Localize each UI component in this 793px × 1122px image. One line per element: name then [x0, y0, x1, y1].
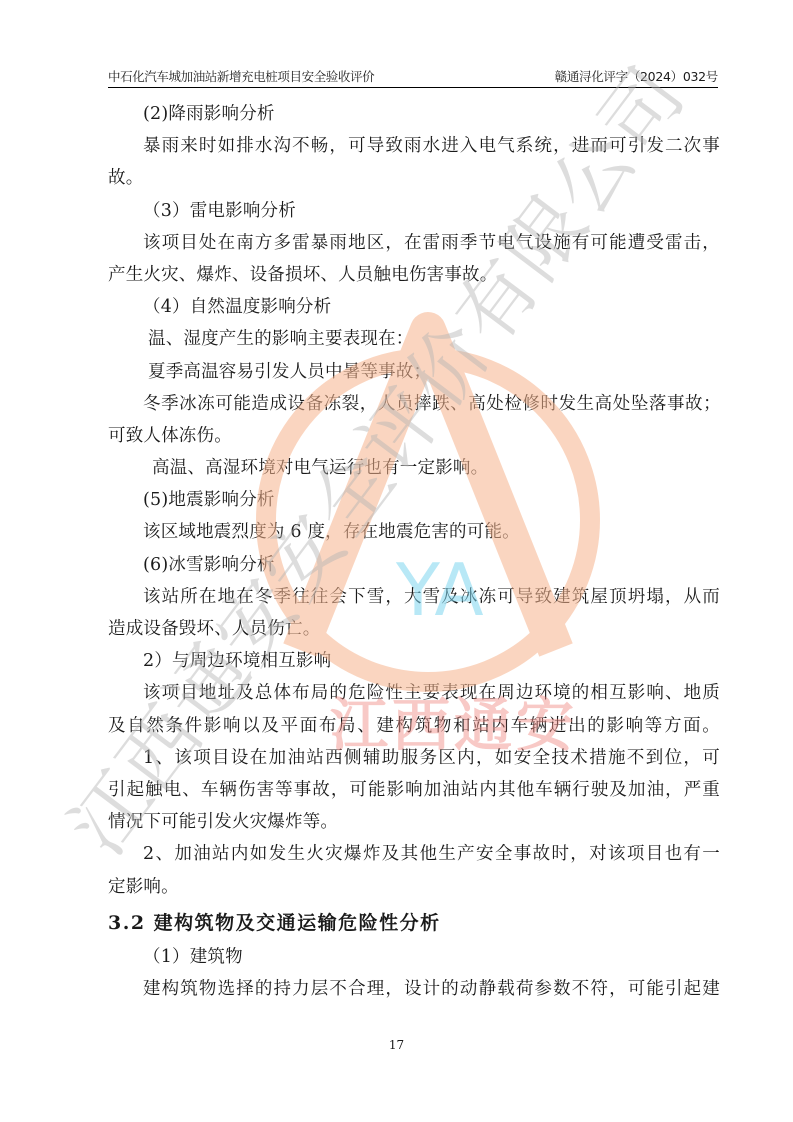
paragraph-line: 造成设备毁坏、人员伤亡。: [108, 613, 720, 645]
paragraph-line: 故。: [108, 162, 720, 194]
paragraph-line: 该区域地震烈度为 6 度，存在地震危害的可能。: [108, 516, 720, 548]
subheading-snow: (6)冰雪影响分析: [108, 549, 720, 581]
subheading-lightning: （3）雷电影响分析: [108, 195, 720, 227]
page-header: 中石化汽车城加油站新增充电桩项目安全验收评价 赣通浔化评字（2024）032号: [108, 68, 718, 88]
header-title: 中石化汽车城加油站新增充电桩项目安全验收评价: [108, 68, 374, 85]
paragraph-line: 夏季高温容易引发人员中暑等事故；: [108, 356, 720, 388]
subheading-earthquake: (5)地震影响分析: [108, 484, 720, 516]
paragraph-line: 该项目处在南方多雷暴雨地区，在雷雨季节电气设施有可能遭受雷击，: [108, 227, 720, 259]
paragraph-line: 及自然条件影响以及平面布局、建构筑物和站内车辆进出的影响等方面。: [108, 710, 720, 742]
paragraph-line: 温、湿度产生的影响主要表现在：: [108, 323, 720, 355]
paragraph-line: 暴雨来时如排水沟不畅，可导致雨水进入电气系统，进而可引发二次事: [108, 130, 720, 162]
page-number: 17: [0, 1038, 793, 1052]
paragraph-line: 高温、高湿环境对电气运行也有一定影响。: [108, 452, 720, 484]
paragraph-line: 可致人体冻伤。: [108, 420, 720, 452]
document-body: (2)降雨影响分析 暴雨来时如排水沟不畅，可导致雨水进入电气系统，进而可引发二次…: [108, 98, 720, 1005]
paragraph-line: 该站所在地在冬季往往会下雪，大雪及冰冻可导致建筑屋顶坍塌，从而: [108, 581, 720, 613]
subheading-rain: (2)降雨影响分析: [108, 98, 720, 130]
subheading-surroundings: 2）与周边环境相互影响: [108, 645, 720, 677]
paragraph-line: 情况下可能引发火灾爆炸等。: [108, 806, 720, 838]
subheading-temperature: （4）自然温度影响分析: [108, 291, 720, 323]
subheading-buildings: （1）建筑物: [108, 941, 720, 973]
paragraph-line: 1、该项目设在加油站西侧辅助服务区内，如安全技术措施不到位，可: [108, 742, 720, 774]
paragraph-line: 2、加油站内如发生火灾爆炸及其他生产安全事故时，对该项目也有一: [108, 838, 720, 870]
section-heading: 3.2 建构筑物及交通运输危险性分析: [108, 905, 720, 941]
paragraph-line: 引起触电、车辆伤害等事故，可能影响加油站内其他车辆行驶及加油，严重: [108, 774, 720, 806]
paragraph-line: 定影响。: [108, 871, 720, 903]
paragraph-line: 冬季冰冻可能造成设备冻裂，人员摔跌、高处检修时发生高处坠落事故；: [108, 388, 720, 420]
paragraph-line: 建构筑物选择的持力层不合理，设计的动静载荷参数不符，可能引起建: [108, 973, 720, 1005]
paragraph-line: 该项目地址及总体布局的危险性主要表现在周边环境的相互影响、地质: [108, 677, 720, 709]
header-doc-number: 赣通浔化评字（2024）032号: [555, 68, 718, 85]
paragraph-line: 产生火灾、爆炸、设备损坏、人员触电伤害事故。: [108, 259, 720, 291]
